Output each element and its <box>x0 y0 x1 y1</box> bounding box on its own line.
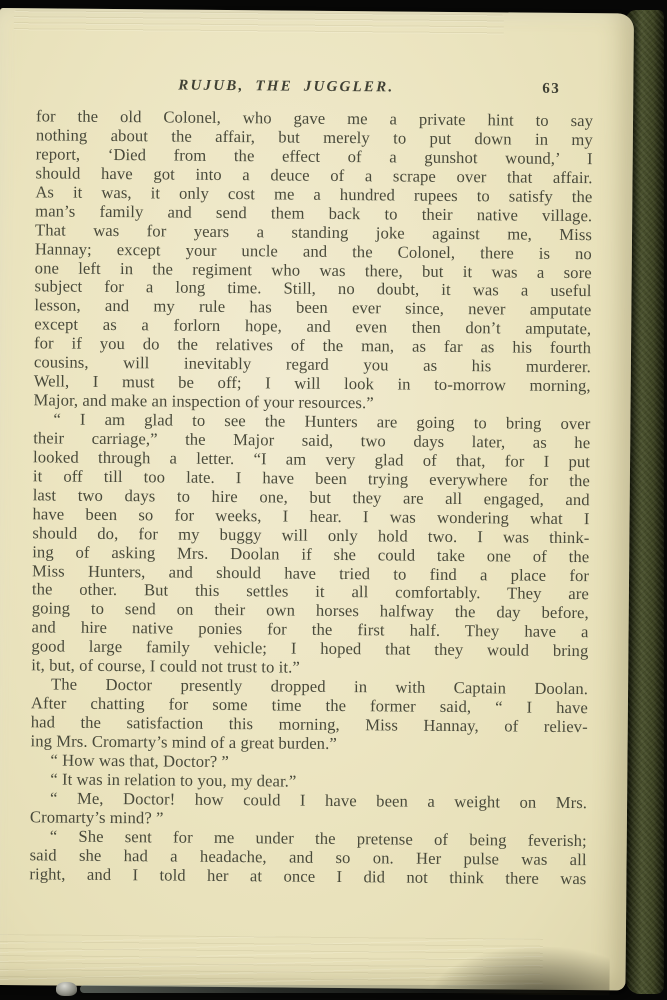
page-clip-highlight <box>56 982 77 996</box>
book-page: RUJUB, THE JUGGLER. 63 for the old Colon… <box>0 8 634 990</box>
scanner-bed-edge <box>80 985 600 993</box>
page-stack-edges-top <box>14 10 504 36</box>
running-title: RUJUB, THE JUGGLER. <box>36 76 536 97</box>
scanned-book-photo: RUJUB, THE JUGGLER. 63 for the old Colon… <box>0 0 667 1000</box>
running-header: RUJUB, THE JUGGLER. 63 <box>36 76 596 103</box>
text-line: right, and I told her at once I did not … <box>29 865 586 889</box>
page-body-text: for the old Colonel, who gave me a priva… <box>29 107 593 888</box>
page-number: 63 <box>542 81 560 98</box>
